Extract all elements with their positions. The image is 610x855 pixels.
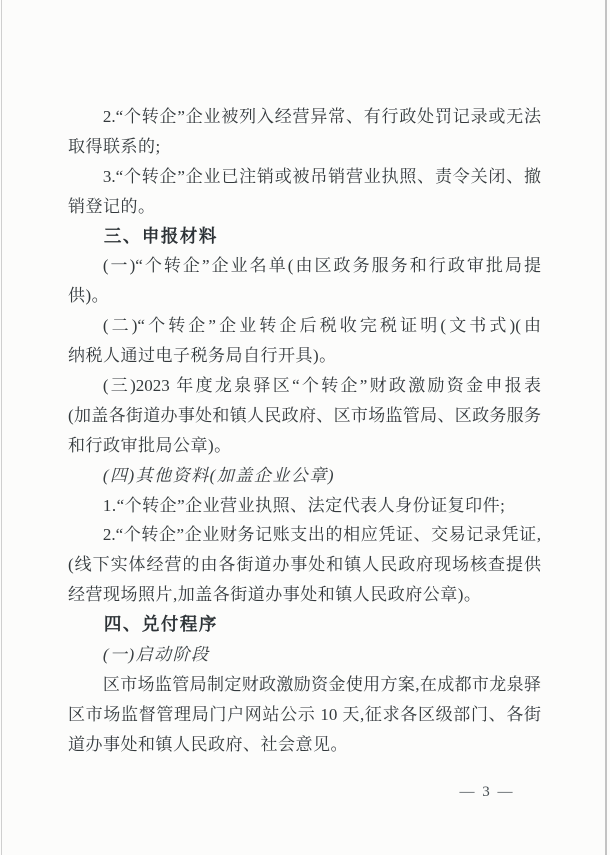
document-page: 2.“个转企”企业被列入经营异常、有行政处罚记录或无法 取得联系的; 3.“个转… (0, 0, 610, 855)
paragraph-line: 1.“个转企”企业营业执照、法定代表人身份证复印件; (68, 491, 541, 521)
subheading-launch-phase: (一)启动阶段 (68, 640, 541, 670)
paragraph-line: (二)“个转企”企业转企后税收完税证明(文书式)(由 (68, 311, 541, 341)
document-body: 2.“个转企”企业被列入经营异常、有行政处罚记录或无法 取得联系的; 3.“个转… (68, 102, 541, 760)
subheading-other-materials: (四)其他资料(加盖企业公章) (68, 461, 541, 491)
paragraph-line: 取得联系的; (68, 132, 541, 162)
section-heading-procedure: 四、兑付程序 (68, 610, 541, 640)
paragraph-line: 区市场监督管理局门户网站公示 10 天,征求各区级部门、各街 (68, 700, 541, 730)
paragraph-line: 和行政审批局公章)。 (68, 431, 541, 461)
paragraph-line: (线下实体经营的由各街道办事处和镇人民政府现场核查提供 (68, 550, 541, 580)
paragraph-line: 供)。 (68, 281, 541, 311)
scan-edge-left (1, 0, 2, 855)
paragraph-line: 3.“个转企”企业已注销或被吊销营业执照、责令关闭、撤 (68, 162, 541, 192)
paragraph-line: (加盖各街道办事处和镇人民政府、区市场监管局、区政务服务 (68, 401, 541, 431)
section-heading-materials: 三、申报材料 (68, 222, 541, 252)
paragraph-line: 销登记的。 (68, 192, 541, 222)
paragraph-line: 区市场监管局制定财政激励资金使用方案,在成都市龙泉驿 (68, 670, 541, 700)
page-number: — 3 — (450, 781, 524, 803)
paragraph-line: 经营现场照片,加盖各街道办事处和镇人民政府公章)。 (68, 580, 541, 610)
paragraph-line: 道办事处和镇人民政府、社会意见。 (68, 730, 541, 760)
paragraph-line: (三)2023 年度龙泉驿区“个转企”财政激励资金申报表 (68, 371, 541, 401)
paragraph-line: (一)“个转企”企业名单(由区政务服务和行政审批局提 (68, 251, 541, 281)
paragraph-line: 纳税人通过电子税务局自行开具)。 (68, 341, 541, 371)
paragraph-line: 2.“个转企”企业财务记账支出的相应凭证、交易记录凭证, (68, 520, 541, 550)
scan-edge-right (605, 0, 607, 855)
paragraph-line: 2.“个转企”企业被列入经营异常、有行政处罚记录或无法 (68, 102, 541, 132)
